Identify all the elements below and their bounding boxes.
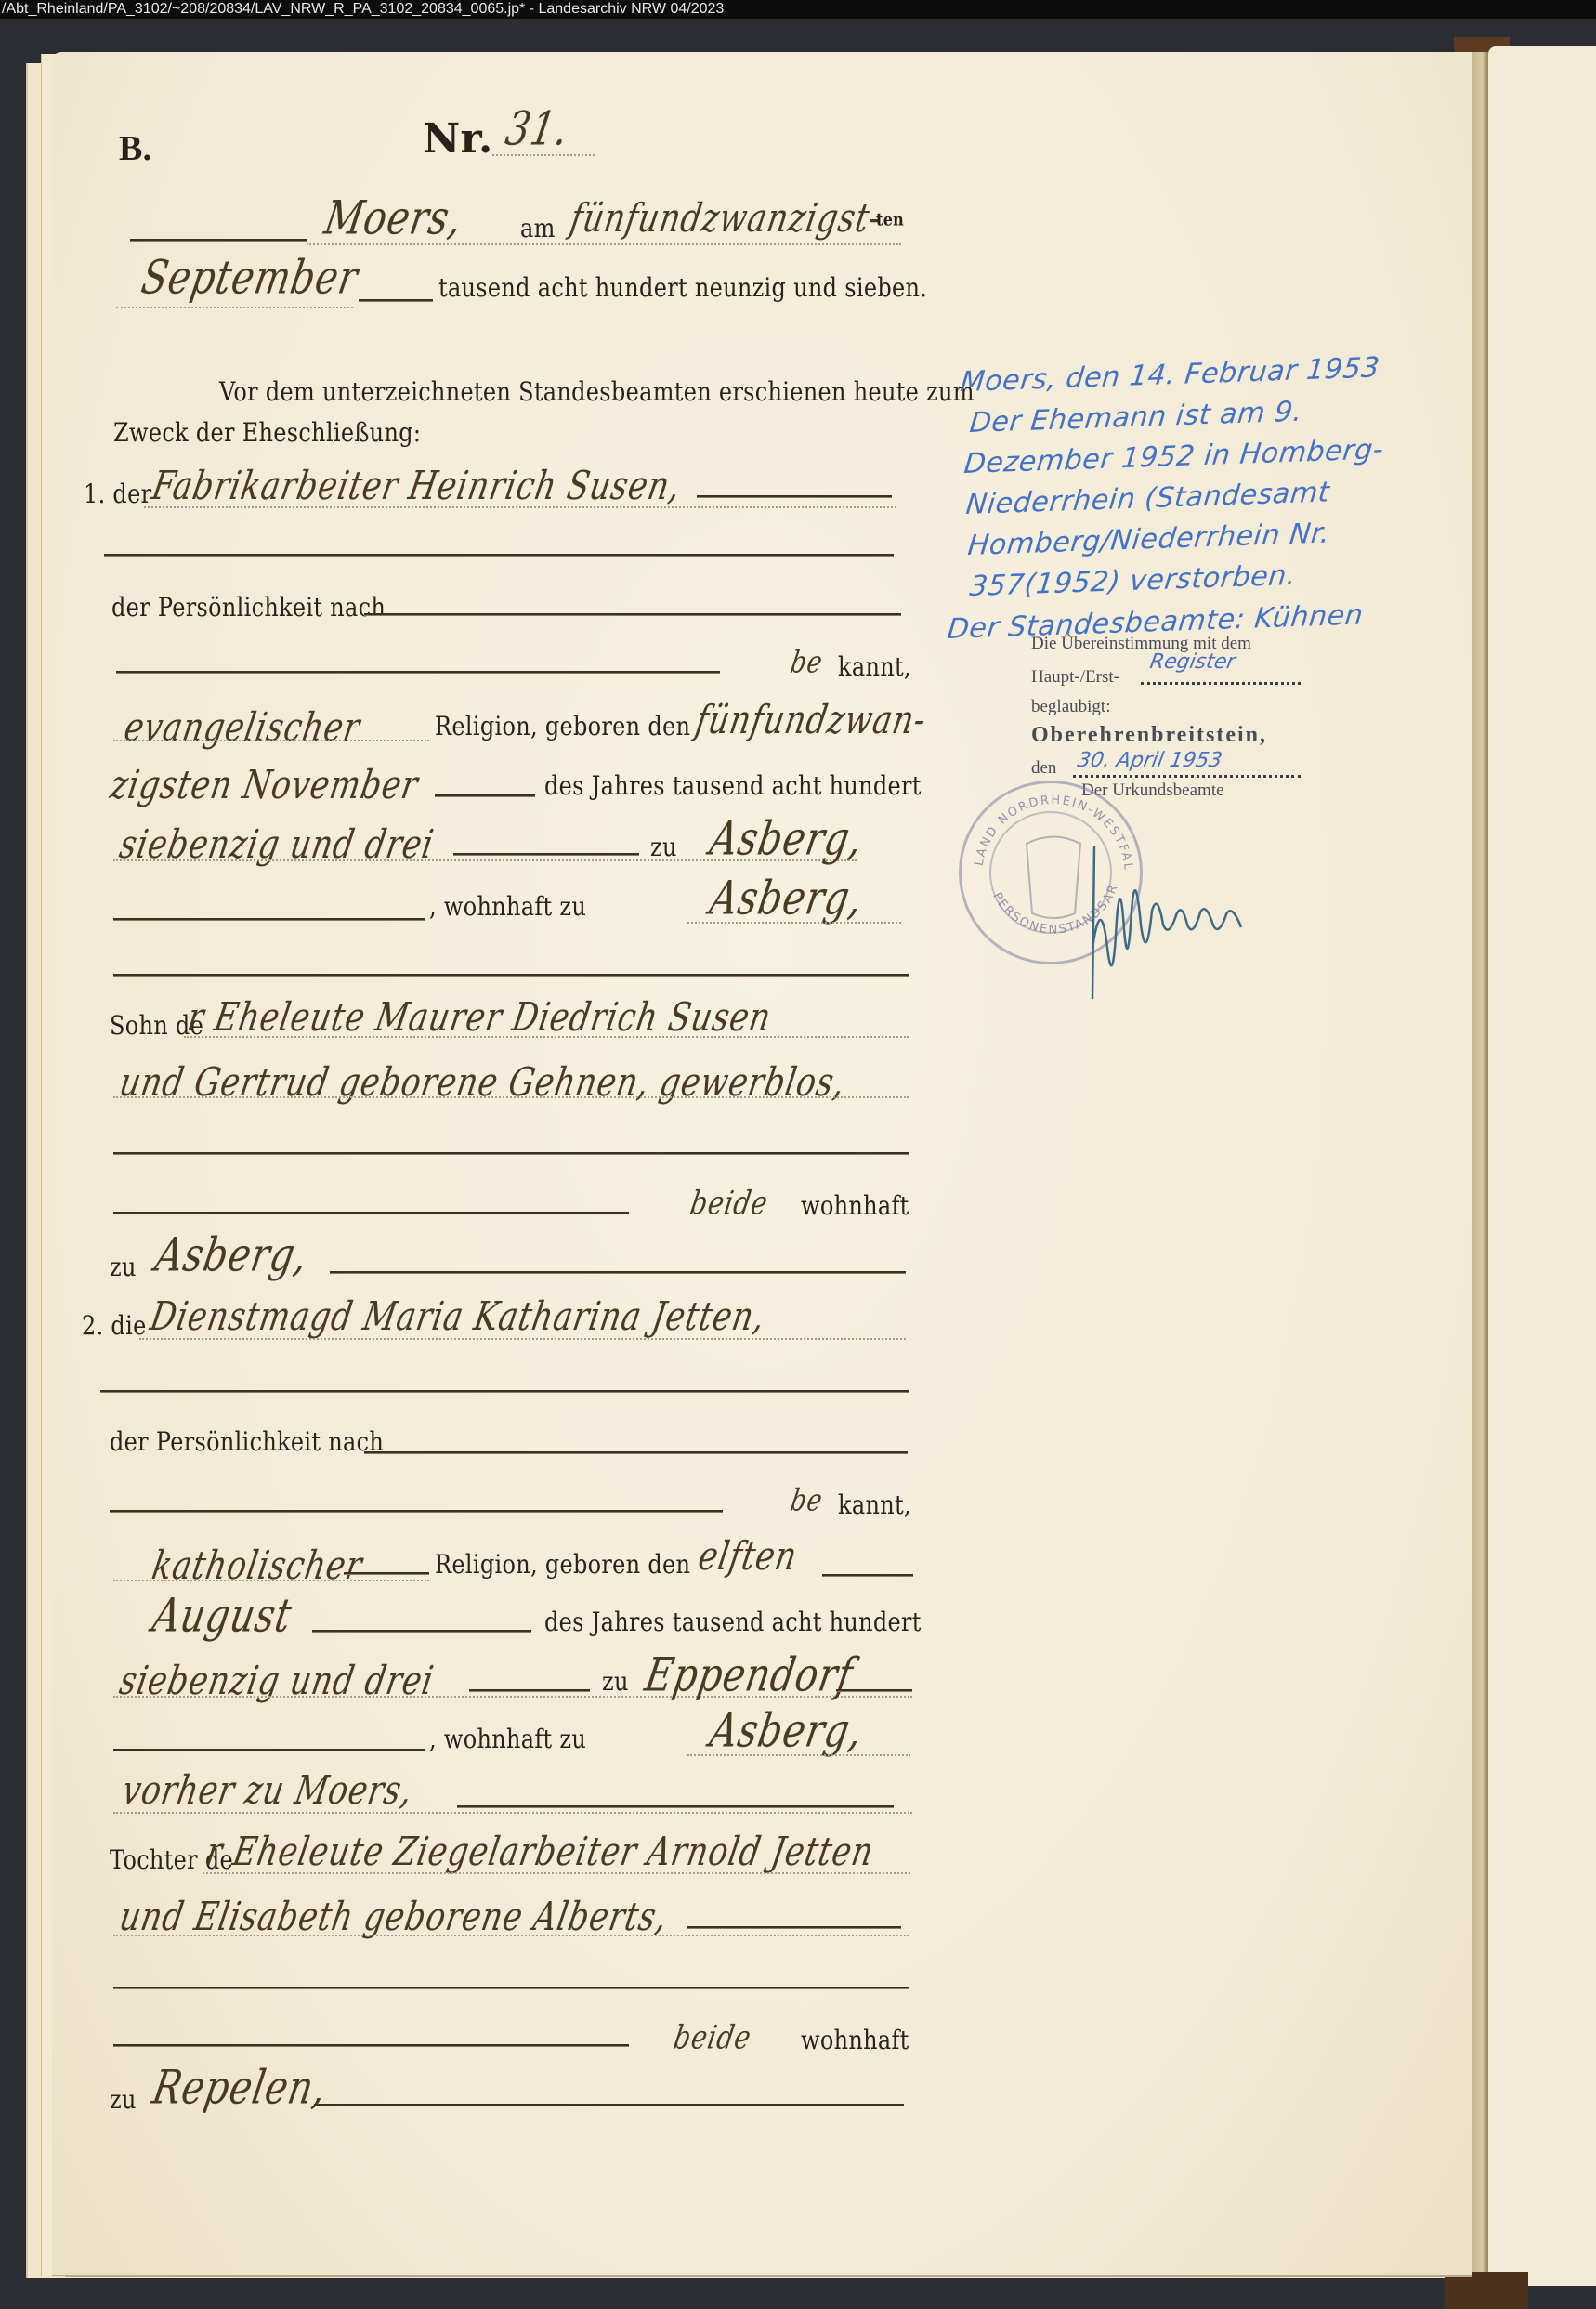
- dotted-line: [113, 1580, 429, 1581]
- form-rule: [364, 613, 901, 616]
- form-rule: [312, 1630, 531, 1633]
- form-rule: [435, 794, 535, 797]
- bride-parents-line-2: und Elisabeth geborene Alberts,: [116, 1894, 672, 1940]
- bride-known-fill: be: [788, 1484, 826, 1519]
- form-rule: [116, 671, 720, 674]
- groom-parents-res: Asberg,: [151, 1229, 312, 1283]
- groom-birthplace-label: zu: [650, 833, 677, 862]
- groom-both-fill: beide: [687, 1184, 771, 1222]
- month-value: September: [137, 252, 362, 306]
- window-title: /Abt_Rheinland/PA_3102/~208/20834/LAV_NR…: [2, 1, 724, 17]
- form-rule: [344, 1572, 429, 1575]
- bride-residence: Asberg,: [706, 1705, 867, 1759]
- groom-known-fill: be: [788, 646, 826, 681]
- dotted-line: [113, 740, 429, 741]
- bride-residence-label: , wohnhaft zu: [429, 1725, 586, 1754]
- signature-icon: [1078, 836, 1263, 1004]
- groom-religion: evangelischer: [121, 704, 364, 751]
- cert-date: 30. April 1953: [1076, 749, 1224, 772]
- place-value: Moers,: [321, 192, 466, 246]
- day-suffix: ten: [876, 209, 904, 230]
- cert-register: Register: [1148, 650, 1237, 674]
- dotted-line: [113, 1096, 909, 1098]
- record-number: 31.: [502, 103, 573, 157]
- dotted-line: [113, 1812, 912, 1814]
- form-rule: [687, 1926, 901, 1929]
- groom-religion-label: Religion, geboren den: [435, 712, 690, 741]
- bride-parents-res: Repelen,: [149, 2062, 331, 2116]
- form-rule: [697, 495, 892, 498]
- groom-birthplace: Asberg,: [706, 813, 867, 867]
- form-rule: [100, 1390, 909, 1393]
- number-label: Nr.: [423, 115, 493, 163]
- dotted-line: [687, 922, 901, 924]
- groom-birth-year-label: des Jahres tausend acht hundert: [544, 771, 922, 801]
- form-rule: [113, 1749, 425, 1751]
- bride-birthplace: Eppendorf: [641, 1649, 857, 1703]
- bride-both-fill: beide: [671, 2018, 754, 2056]
- dotted-line: [492, 154, 595, 156]
- form-rule: [453, 853, 639, 856]
- form-rule: [113, 1212, 629, 1214]
- form-rule: [110, 1510, 723, 1513]
- binding-bottom: [1445, 2272, 1528, 2309]
- bride-birth-month: August: [149, 1590, 296, 1644]
- year-text: tausend acht hundert neunzig und sieben.: [438, 273, 927, 303]
- groom-known-label: kannt,: [838, 652, 911, 682]
- groom-parents-res-label: zu: [110, 1253, 137, 1282]
- cert-line-3: beglaubigt:: [1031, 697, 1110, 717]
- form-rule: [104, 554, 894, 557]
- bride-both-label: wohnhaft: [801, 2026, 909, 2055]
- form-rule: [113, 1152, 909, 1155]
- am-label: am: [520, 214, 556, 243]
- groom-residence: Asberg,: [706, 872, 867, 926]
- form-rule: [113, 1987, 909, 1989]
- cert-register-line: [1141, 682, 1301, 685]
- dotted-line: [139, 1338, 906, 1340]
- bride-prefix: 2. die: [82, 1311, 147, 1341]
- form-rule: [822, 1574, 913, 1577]
- form-rule: [469, 1689, 590, 1692]
- groom-birth-day: fünfundzwan-: [692, 697, 930, 743]
- dotted-line: [116, 307, 353, 308]
- bride-religion-label: Religion, geboren den: [435, 1550, 690, 1580]
- form-rule: [364, 1451, 908, 1454]
- bride-birthplace-label: zu: [602, 1667, 629, 1697]
- dotted-line: [307, 243, 901, 245]
- form-rule: [113, 2044, 629, 2047]
- page-bottom-border: [65, 2275, 1472, 2277]
- form-rule: [330, 1271, 906, 1274]
- dotted-line: [113, 1935, 909, 1936]
- bride-known-label: kannt,: [838, 1490, 911, 1520]
- form-rule: [457, 1805, 894, 1808]
- section-letter: B.: [119, 128, 151, 169]
- bride-birth-day: elften: [695, 1533, 801, 1580]
- intro-line-1: Vor dem unterzeichneten Standesbeamten e…: [219, 377, 975, 407]
- intro-line-2: Zweck der Eheschließung:: [113, 418, 421, 448]
- window-title-bar: /Abt_Rheinland/PA_3102/~208/20834/LAV_NR…: [0, 0, 1596, 19]
- groom-name: Fabrikarbeiter Heinrich Susen,: [149, 463, 685, 509]
- groom-identity-label: der Persönlichkeit nach: [111, 593, 386, 623]
- dotted-line: [184, 1036, 909, 1038]
- form-rule: [836, 1689, 912, 1692]
- groom-both-label: wohnhaft: [801, 1191, 909, 1221]
- bride-religion: katholischer: [149, 1542, 366, 1589]
- day-value: fünfundzwanzigst-: [567, 195, 885, 242]
- cert-date-line: [1073, 775, 1301, 778]
- form-rule: [130, 239, 307, 242]
- form-rule: [359, 299, 433, 302]
- groom-residence-label: , wohnhaft zu: [429, 892, 586, 922]
- dotted-line: [687, 1754, 910, 1756]
- bride-birth-year-label: des Jahres tausend acht hundert: [544, 1607, 922, 1637]
- right-page-edge: [1488, 46, 1596, 2286]
- bride-name: Dienstmagd Maria Katharina Jetten,: [147, 1293, 769, 1340]
- groom-prefix: 1. der: [84, 479, 151, 509]
- bride-parents-line-1: r Eheleute Ziegelarbeiter Arnold Jetten: [203, 1829, 877, 1875]
- form-rule: [113, 974, 909, 977]
- cert-place: Oberehrenbreitstein,: [1031, 723, 1267, 748]
- dotted-line: [144, 506, 896, 508]
- form-rule: [113, 918, 425, 921]
- bride-identity-label: der Persönlichkeit nach: [110, 1427, 384, 1457]
- bride-previous-residence: vorher zu Moers,: [119, 1767, 416, 1814]
- form-rule: [314, 2104, 904, 2106]
- cert-den-label: den: [1031, 758, 1056, 779]
- groom-parents-line-1: r Eheleute Maurer Diedrich Susen: [184, 994, 775, 1041]
- groom-parents-line-2: und Gertrud geborene Gehnen, gewerblos,: [116, 1059, 849, 1106]
- cert-haupt-label: Haupt-/Erst-: [1031, 667, 1119, 688]
- dotted-line: [203, 1872, 910, 1874]
- groom-birth-date: zigsten November: [107, 762, 422, 808]
- bride-parents-res-label: zu: [110, 2085, 137, 2115]
